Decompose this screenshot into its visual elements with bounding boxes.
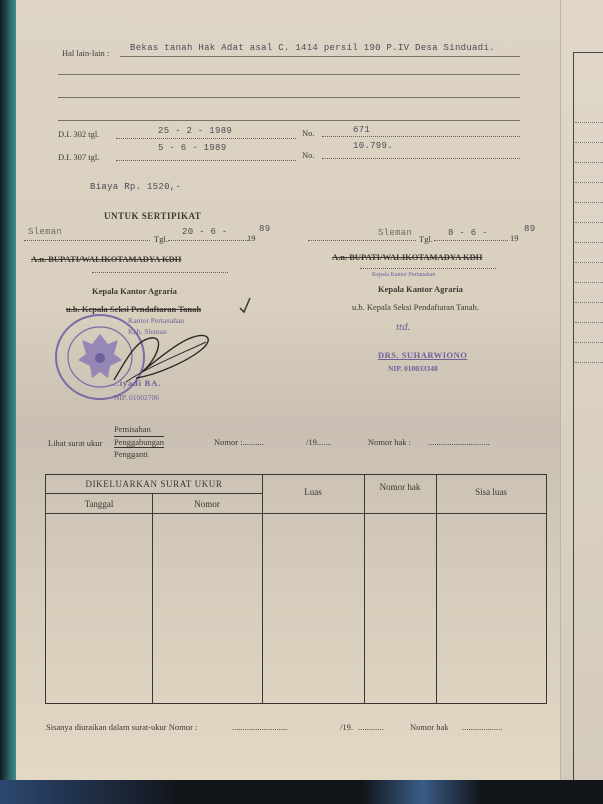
header-bottom-line (46, 513, 546, 514)
right-nip: NIP. 010033348 (388, 364, 438, 373)
adjacent-line (575, 342, 603, 343)
document-page: Hal lain-lain : Bekas tanah Hak Adat asa… (16, 0, 576, 780)
sisanya-year: /19. (340, 722, 353, 732)
right-year-suffix: 89 (524, 224, 535, 234)
right-place: Sleman (378, 228, 412, 238)
left-year-prefix: 19 (247, 233, 256, 243)
option-pengganti: Pengganti (114, 449, 148, 459)
sisanya-dots: .......................... (232, 722, 287, 732)
di307-no-label: No. (302, 150, 315, 160)
right-date: 8 - 6 - (448, 228, 488, 238)
left-date-line (168, 240, 248, 241)
adjacent-line (575, 222, 603, 223)
right-kepala: Kepala Kantor Agraria (378, 284, 463, 294)
col-header-nomor: Nomor (152, 499, 262, 509)
di307-no-line (322, 158, 520, 159)
adjacent-line (575, 142, 603, 143)
group-header: DIKELUARKAN SURAT UKUR (46, 479, 262, 489)
right-ttd: ttd. (396, 321, 410, 333)
right-an-line: A.n. BUPATI/WALIKOTAMADYA KDH (332, 252, 482, 262)
group-header-divider (46, 493, 262, 494)
di302-no-label: No. (302, 128, 315, 138)
right-official-name: DRS. SUHARWIONO (378, 350, 467, 360)
check-mark-icon (238, 296, 252, 314)
left-official-name: ...iyadi BA. (111, 378, 161, 388)
adjacent-line (575, 362, 603, 363)
left-place: Sleman (28, 227, 62, 237)
adjacent-page (560, 0, 603, 780)
col-divider-2 (262, 475, 263, 703)
di302-label: D.I. 302 tgl. (58, 129, 99, 139)
option-pemisahan: Pemisahan (114, 424, 151, 434)
adjacent-line (575, 122, 603, 123)
adjacent-line (575, 242, 603, 243)
right-tgl-label: Tgl. (419, 234, 433, 244)
right-date-line (434, 240, 508, 241)
adjacent-line (575, 282, 603, 283)
biaya-value: Biaya Rp. 1520,- (90, 182, 181, 192)
sisanya-nomor-hak-label: Nomor hak (410, 722, 448, 732)
right-place-line (308, 240, 416, 241)
right-stamp-small: Kepala Kantor Pertanahan (372, 272, 435, 278)
lihat-surat-ukur-label: Lihat surat ukur (48, 438, 102, 448)
hal-lain-line-2 (58, 74, 520, 75)
left-an-dots (92, 272, 228, 273)
di307-no: 10.799. (353, 141, 393, 151)
di302-no-line (322, 136, 520, 137)
surat-ukur-table: DIKELUARKAN SURAT UKUR Tanggal Nomor Lua… (45, 474, 547, 704)
col-header-sisa-luas: Sisa luas (436, 487, 546, 497)
surat-ukur-year: /19....... (306, 437, 332, 447)
untuk-sertipikat-title: UNTUK SERTIPIKAT (104, 211, 201, 221)
left-nip: NIP. 01002706 (114, 393, 159, 402)
di307-date-line (116, 160, 296, 161)
col-divider-4 (436, 475, 437, 703)
right-year-prefix: 19 (510, 233, 519, 243)
hal-lain-line-1 (120, 56, 520, 57)
hal-lain-value: Bekas tanah Hak Adat asal C. 1414 persil… (130, 43, 495, 53)
right-ub-line: u.b. Kepala Seksi Pendaftaran Tanah. (352, 302, 479, 312)
left-place-line (24, 240, 150, 241)
option-penggabungan: Penggabungan (114, 436, 164, 448)
di302-no: 671 (353, 125, 370, 135)
col-header-luas: Luas (262, 487, 364, 497)
sisanya-nomor-hak-dots: ................... (462, 722, 502, 732)
adjacent-line (575, 162, 603, 163)
di302-date: 25 - 2 - 1989 (158, 126, 232, 136)
di307-label: D.I. 307 tgl. (58, 152, 99, 162)
col-divider-1 (152, 493, 153, 703)
surat-ukur-nomor: Nomor :.......... (214, 437, 264, 447)
left-date: 20 - 6 - (182, 227, 228, 237)
surat-ukur-nomor-hak-dots: ............................. (428, 437, 490, 447)
left-an-line: A.n. BUPATI/WALIKOTAMADYA KDH (31, 254, 181, 264)
right-an-dots (360, 268, 496, 269)
di302-date-line (116, 138, 296, 139)
adjacent-line (575, 302, 603, 303)
left-tgl-label: Tgl. (154, 234, 168, 244)
hal-lain-line-4 (58, 120, 520, 121)
sisanya-year-dots: ............ (358, 722, 384, 732)
adjacent-line (575, 322, 603, 323)
adjacent-line (575, 202, 603, 203)
surat-ukur-nomor-hak-label: Nomor hak : (368, 437, 411, 447)
col-divider-3 (364, 475, 365, 703)
left-year-suffix: 89 (259, 224, 270, 234)
col-header-nomor-hak: Nomor hak (364, 481, 436, 494)
sisanya-label: Sisanya diuraikan dalam surat-ukur Nomor… (46, 722, 197, 732)
background-surface (0, 780, 603, 804)
adjacent-line (575, 262, 603, 263)
di307-date: 5 - 6 - 1989 (158, 143, 226, 153)
adjacent-line (575, 182, 603, 183)
hal-lain-line-3 (58, 97, 520, 98)
col-header-tanggal: Tanggal (46, 499, 152, 509)
left-kepala: Kepala Kantor Agraria (92, 286, 177, 296)
hal-lain-label: Hal lain-lain : (62, 48, 109, 58)
